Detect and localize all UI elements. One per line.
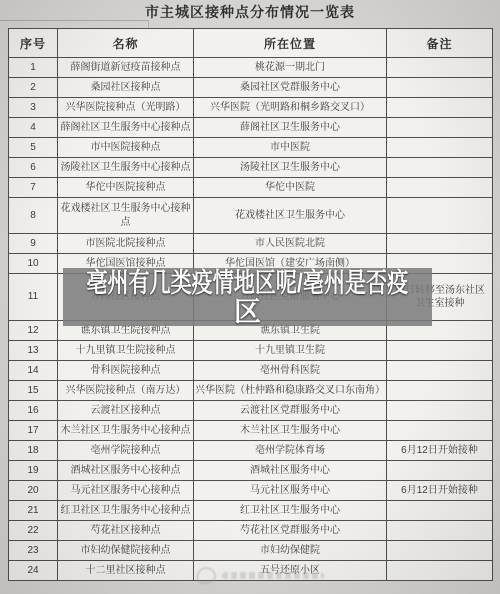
table-header-row: 序号 名称 所在位置 备注 bbox=[9, 29, 493, 58]
cell-location: 兴华医院（光明路和桐乡路交叉口） bbox=[194, 98, 387, 118]
cell-remark bbox=[387, 401, 493, 421]
col-header-location: 所在位置 bbox=[194, 29, 387, 58]
table-row: 4薛阁社区卫生服务中心接种点薛阁社区卫生服务中心 bbox=[9, 118, 493, 138]
cell-name: 桑园社区接种点 bbox=[58, 78, 194, 98]
cell-remark bbox=[387, 561, 493, 581]
cell-location: 花戏楼社区卫生服务中心 bbox=[194, 198, 387, 234]
table-row: 18亳州学院接种点亳州学院体育场6月12日开始接种 bbox=[9, 441, 493, 461]
headline-line2: 区 bbox=[234, 298, 261, 326]
cell-location: 酒城社区服务中心 bbox=[194, 461, 387, 481]
table-row: 3兴华医院接种点（光明路）兴华医院（光明路和桐乡路交叉口） bbox=[9, 98, 493, 118]
cell-location: 亳州骨科医院 bbox=[194, 361, 387, 381]
headline-line1: 亳州有几类疫情地区呢/亳州是否疫 bbox=[87, 269, 409, 298]
cell-name: 华佗中医院接种点 bbox=[58, 178, 194, 198]
table-row: 16云渡社区接种点云渡社区党群服务中心 bbox=[9, 401, 493, 421]
cell-no: 23 bbox=[9, 541, 58, 561]
cell-location: 马元社区服务中心 bbox=[194, 481, 387, 501]
cell-name: 花戏楼社区卫生服务中心接种点 bbox=[58, 198, 194, 234]
cell-name: 木兰社区卫生服务中心接种点 bbox=[58, 421, 194, 441]
cell-remark: 6月12日开始接种 bbox=[387, 481, 493, 501]
table-row: 24十二里社区接种点五号还原小区 bbox=[9, 561, 493, 581]
cell-name: 红卫社区卫生服务中心接种点 bbox=[58, 501, 194, 521]
cell-name: 亳州学院接种点 bbox=[58, 441, 194, 461]
cell-remark bbox=[387, 158, 493, 178]
cell-remark bbox=[387, 58, 493, 78]
cell-remark bbox=[387, 361, 493, 381]
table-row: 17木兰社区卫生服务中心接种点木兰社区卫生服务中心 bbox=[9, 421, 493, 441]
cell-name: 云渡社区接种点 bbox=[58, 401, 194, 421]
cell-location: 云渡社区党群服务中心 bbox=[194, 401, 387, 421]
table-row: 14骨科医院接种点亳州骨科医院 bbox=[9, 361, 493, 381]
cell-name: 汤陵社区卫生服务中心接种点 bbox=[58, 158, 194, 178]
cell-location: 芍花社区党群服务中心 bbox=[194, 521, 387, 541]
cell-name: 市中医院接种点 bbox=[58, 138, 194, 158]
cell-remark bbox=[387, 118, 493, 138]
cell-no: 3 bbox=[9, 98, 58, 118]
col-header-name: 名称 bbox=[58, 29, 194, 58]
cell-location: 桑园社区党群服务中心 bbox=[194, 78, 387, 98]
cell-no: 7 bbox=[9, 178, 58, 198]
cell-no: 22 bbox=[9, 521, 58, 541]
cell-no: 12 bbox=[9, 321, 58, 341]
cell-name: 薛阁街道新冠疫苗接种点 bbox=[58, 58, 194, 78]
table-row: 21红卫社区卫生服务中心接种点红卫社区卫生服务中心 bbox=[9, 501, 493, 521]
cell-name: 市医院北院接种点 bbox=[58, 234, 194, 254]
cell-no: 10 bbox=[9, 254, 58, 274]
cell-no: 6 bbox=[9, 158, 58, 178]
cell-no: 14 bbox=[9, 361, 58, 381]
table-row: 22芍花社区接种点芍花社区党群服务中心 bbox=[9, 521, 493, 541]
cell-name: 兴华医院接种点（光明路） bbox=[58, 98, 194, 118]
table-row: 20马元社区服务中心接种点马元社区服务中心6月12日开始接种 bbox=[9, 481, 493, 501]
table-row: 13十九里镇卫生院接种点十九里镇卫生院 bbox=[9, 341, 493, 361]
cell-location: 五号还原小区 bbox=[194, 561, 387, 581]
cell-location: 薛阁社区卫生服务中心 bbox=[194, 118, 387, 138]
cell-location: 华佗中医院 bbox=[194, 178, 387, 198]
cell-name: 薛阁社区卫生服务中心接种点 bbox=[58, 118, 194, 138]
cell-remark bbox=[387, 541, 493, 561]
cell-no: 9 bbox=[9, 234, 58, 254]
cell-name: 芍花社区接种点 bbox=[58, 521, 194, 541]
cell-location: 市中医院 bbox=[194, 138, 387, 158]
cell-no: 24 bbox=[9, 561, 58, 581]
cell-remark bbox=[387, 421, 493, 441]
table-row: 19酒城社区服务中心接种点酒城社区服务中心 bbox=[9, 461, 493, 481]
cell-no: 17 bbox=[9, 421, 58, 441]
cell-no: 5 bbox=[9, 138, 58, 158]
cell-remark bbox=[387, 501, 493, 521]
cell-no: 19 bbox=[9, 461, 58, 481]
cell-name: 十二里社区接种点 bbox=[58, 561, 194, 581]
cell-remark bbox=[387, 178, 493, 198]
cell-location: 亳州学院体育场 bbox=[194, 441, 387, 461]
cell-location: 汤陵社区卫生服务中心 bbox=[194, 158, 387, 178]
cell-location: 红卫社区卫生服务中心 bbox=[194, 501, 387, 521]
cell-remark bbox=[387, 198, 493, 234]
cell-no: 16 bbox=[9, 401, 58, 421]
cell-name: 酒城社区服务中心接种点 bbox=[58, 461, 194, 481]
cell-no: 11 bbox=[9, 274, 58, 321]
cell-name: 骨科医院接种点 bbox=[58, 361, 194, 381]
col-header-no: 序号 bbox=[9, 29, 58, 58]
cell-location: 桃花源一期北门 bbox=[194, 58, 387, 78]
cell-no: 21 bbox=[9, 501, 58, 521]
cell-remark bbox=[387, 461, 493, 481]
page-title: 市主城区接种点分布情况一览表 bbox=[0, 2, 500, 22]
cell-name: 十九里镇卫生院接种点 bbox=[58, 341, 194, 361]
table-row: 2桑园社区接种点桑园社区党群服务中心 bbox=[9, 78, 493, 98]
cell-no: 15 bbox=[9, 381, 58, 401]
cell-no: 18 bbox=[9, 441, 58, 461]
cell-no: 1 bbox=[9, 58, 58, 78]
cell-no: 13 bbox=[9, 341, 58, 361]
table-row: 7华佗中医院接种点华佗中医院 bbox=[9, 178, 493, 198]
cell-name: 兴华医院接种点（南万达） bbox=[58, 381, 194, 401]
table-row: 8花戏楼社区卫生服务中心接种点花戏楼社区卫生服务中心 bbox=[9, 198, 493, 234]
cell-remark bbox=[387, 138, 493, 158]
table-row: 9市医院北院接种点市人民医院北院 bbox=[9, 234, 493, 254]
cell-location: 兴华医院（杜仲路和稳康路交叉口东南角） bbox=[194, 381, 387, 401]
cell-remark: 6月12日开始接种 bbox=[387, 441, 493, 461]
cell-name: 市妇幼保健院接种点 bbox=[58, 541, 194, 561]
cell-remark bbox=[387, 341, 493, 361]
cell-location: 木兰社区卫生服务中心 bbox=[194, 421, 387, 441]
cell-remark bbox=[387, 78, 493, 98]
cell-location: 市妇幼保健院 bbox=[194, 541, 387, 561]
table-row: 5市中医院接种点市中医院 bbox=[9, 138, 493, 158]
cell-no: 20 bbox=[9, 481, 58, 501]
table-row: 6汤陵社区卫生服务中心接种点汤陵社区卫生服务中心 bbox=[9, 158, 493, 178]
cell-name: 马元社区服务中心接种点 bbox=[58, 481, 194, 501]
cell-remark bbox=[387, 98, 493, 118]
cell-location: 十九里镇卫生院 bbox=[194, 341, 387, 361]
headline-overlay: 亳州有几类疫情地区呢/亳州是否疫 区 bbox=[63, 268, 432, 326]
cell-remark bbox=[387, 381, 493, 401]
table-row: 1薛阁街道新冠疫苗接种点桃花源一期北门 bbox=[9, 58, 493, 78]
cell-remark bbox=[387, 234, 493, 254]
cell-no: 2 bbox=[9, 78, 58, 98]
cell-no: 4 bbox=[9, 118, 58, 138]
col-header-remark: 备注 bbox=[387, 29, 493, 58]
cell-location: 市人民医院北院 bbox=[194, 234, 387, 254]
table-row: 23市妇幼保健院接种点市妇幼保健院 bbox=[9, 541, 493, 561]
cell-remark bbox=[387, 521, 493, 541]
table-row: 15兴华医院接种点（南万达）兴华医院（杜仲路和稳康路交叉口东南角） bbox=[9, 381, 493, 401]
cell-no: 8 bbox=[9, 198, 58, 234]
